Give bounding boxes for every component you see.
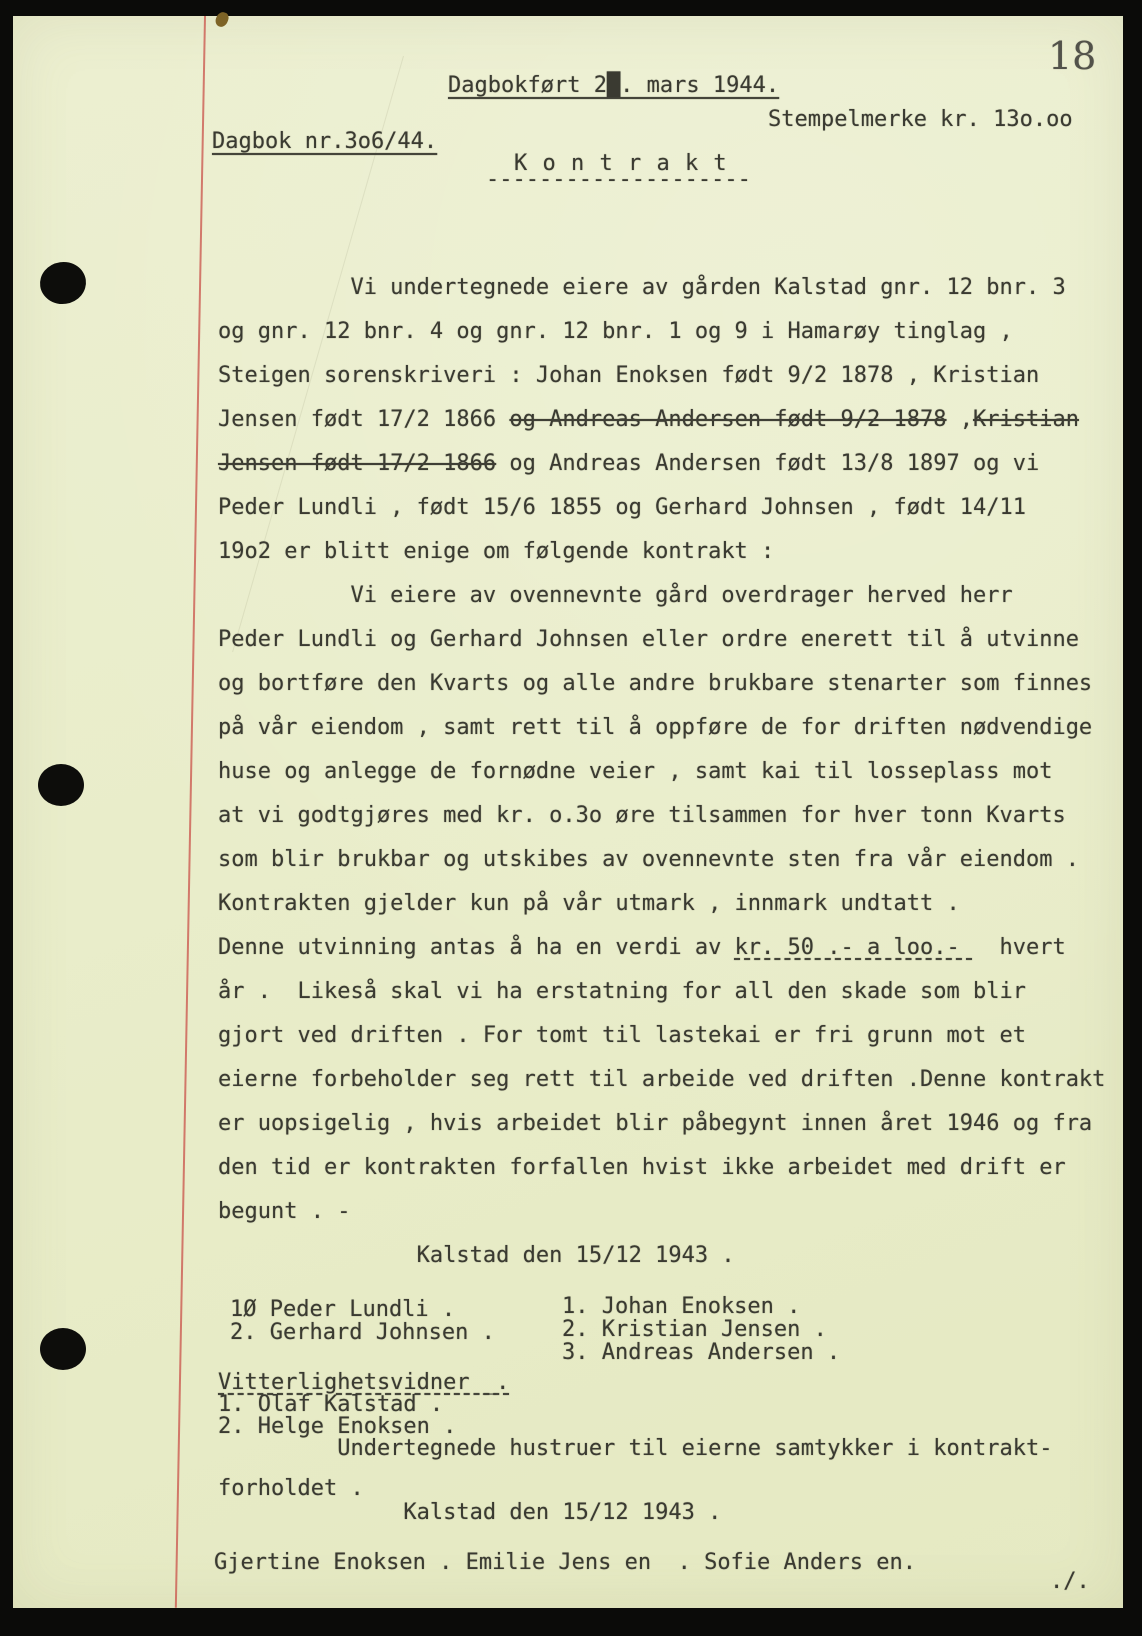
punch-hole <box>40 1328 86 1370</box>
text-segment: Peder Lundli og Gerhard Johnsen eller or… <box>218 627 1079 652</box>
text-segment: 1. Johan Enoksen . <box>562 1294 800 1319</box>
daybook-entry-date-line: Dagbokført 2█. mars 1944. <box>448 64 779 108</box>
punch-hole <box>38 764 84 806</box>
wives-signatures-line: Gjertine Enoksen . Emilie Jens en . Sofi… <box>214 1541 916 1585</box>
text-segment: Vi eiere av ovennevnte gård overdrager h… <box>218 583 1013 608</box>
text-segment: , <box>947 407 974 432</box>
signatures-column-left: 1Ø Peder Lundli .2. Gerhard Johnsen . <box>230 1298 495 1344</box>
text-segment-strike: Jensen født 17/2 1866 <box>218 451 496 476</box>
text-line: 1. Johan Enoksen . <box>562 1295 840 1318</box>
text-line: Steigen sorenskriveri : Johan Enoksen fø… <box>218 354 1105 398</box>
text-line: den tid er kontrakten forfallen hvist ik… <box>218 1146 1105 1190</box>
text-line: år . Likeså skal vi ha erstatning for al… <box>218 970 1105 1014</box>
text-line: Vitterlighetsvidner _. <box>218 1372 1052 1394</box>
text-line: Kalstad den 15/12 1943 . <box>218 1501 721 1525</box>
text-segment: hvert <box>973 935 1066 960</box>
text-line: Peder Lundli og Gerhard Johnsen eller or… <box>218 618 1105 662</box>
text-segment: Peder Lundli , født 15/6 1855 og Gerhard… <box>218 495 1026 520</box>
text-segment: Denne utvinning antas å ha en verdi av <box>218 935 735 960</box>
text-line: er uopsigelig , hvis arbeidet blir påbeg… <box>218 1102 1105 1146</box>
text-line: som blir brukbar og utskibes av ovennevn… <box>218 838 1105 882</box>
text-segment: huse og anlegge de fornødne veier , samt… <box>218 759 1052 784</box>
text-line: at vi godtgjøres med kr. o.3o øre tilsam… <box>218 794 1105 838</box>
text-segment: Kalstad den 15/12 1943 . <box>218 1243 735 1268</box>
text-segment: at vi godtgjøres med kr. o.3o øre tilsam… <box>218 803 1066 828</box>
text-segment: som blir brukbar og utskibes av ovennevn… <box>218 847 1079 872</box>
text-segment: og Andreas Andersen født 13/8 1897 og vi <box>496 451 1039 476</box>
text-segment: 1Ø Peder Lundli . <box>230 1297 455 1322</box>
text-line: og gnr. 12 bnr. 4 og gnr. 12 bnr. 1 og 9… <box>218 310 1105 354</box>
closing-section: forholdet . Kalstad den 15/12 1943 . <box>218 1477 721 1525</box>
text-segment-strike: og Andreas Andersen født 9/2 1878 <box>509 407 946 432</box>
end-of-entry-mark: ./. <box>1050 1560 1090 1604</box>
text-segment: på vår eiendom , samt rett til å oppføre… <box>218 715 1092 740</box>
witness-section: Vitterlighetsvidner _.1. Olaf Kalstad .2… <box>218 1372 1052 1460</box>
text-segment: begunt . - <box>218 1199 350 1224</box>
text-segment: Vi undertegnede eiere av gården Kalstad … <box>218 275 1066 300</box>
text-segment: år . Likeså skal vi ha erstatning for al… <box>218 979 1026 1004</box>
text-line: huse og anlegge de fornødne veier , samt… <box>218 750 1105 794</box>
text-line: Jensen født 17/2 1866 og Andreas Anderse… <box>218 442 1105 486</box>
text-line: Denne utvinning antas å ha en verdi av k… <box>218 926 1105 970</box>
text-segment: Steigen sorenskriveri : Johan Enoksen fø… <box>218 363 1039 388</box>
text-line: Peder Lundli , født 15/6 1855 og Gerhard… <box>218 486 1105 530</box>
text-line: på vår eiendom , samt rett til å oppføre… <box>218 706 1105 750</box>
text-line: 19o2 er blitt enige om følgende kontrakt… <box>218 530 1105 574</box>
text-segment: 19o2 er blitt enige om følgende kontrakt… <box>218 539 774 564</box>
text-segment: Undertegnede hustruer til eierne samtykk… <box>218 1436 1052 1461</box>
text-segment: Jensen født 17/2 1866 <box>218 407 509 432</box>
contract-body: Vi undertegnede eiere av gården Kalstad … <box>218 266 1105 1278</box>
text-line: 1. Olaf Kalstad . <box>218 1394 1052 1416</box>
text-line: 2. Helge Enoksen . <box>218 1416 1052 1438</box>
daybook-number: Dagbok nr.3o6/44. <box>212 120 437 164</box>
text-segment: 2. Gerhard Johnsen . <box>230 1320 495 1345</box>
text-line: eierne forbeholder seg rett til arbeide … <box>218 1058 1105 1102</box>
signatures-column-right: 1. Johan Enoksen .2. Kristian Jensen .3.… <box>562 1295 840 1364</box>
text-line: forholdet . <box>218 1477 721 1501</box>
text-segment: gjort ved driften . For tomt til lasteka… <box>218 1023 1026 1048</box>
text-line: 2. Gerhard Johnsen . <box>230 1321 495 1344</box>
stamp-duty-line: Stempelmerke kr. 13o.oo <box>768 98 1073 142</box>
text-segment: forholdet . <box>218 1476 364 1501</box>
text-line: Kontrakten gjelder kun på vår utmark , i… <box>218 882 1105 926</box>
text-segment: Kontrakten gjelder kun på vår utmark , i… <box>218 891 960 916</box>
text-segment: Kalstad den 15/12 1943 . <box>218 1500 721 1525</box>
text-segment: 3. Andreas Andersen . <box>562 1340 840 1365</box>
title-underline-rule: -------------------- <box>486 158 751 202</box>
text-line: Vi undertegnede eiere av gården Kalstad … <box>218 266 1105 310</box>
text-segment: er uopsigelig , hvis arbeidet blir påbeg… <box>218 1111 1092 1136</box>
text-line: og bortføre den Kvarts og alle andre bru… <box>218 662 1105 706</box>
text-line: Jensen født 17/2 1866 og Andreas Anderse… <box>218 398 1105 442</box>
scanned-daybook-page: 18 Dagbokført 2█. mars 1944. Stempelmerk… <box>0 0 1142 1636</box>
text-segment-uline-dashed: kr. 50 .- a loo.- <box>735 935 973 960</box>
text-line: begunt . - <box>218 1190 1105 1234</box>
text-line: Vi eiere av ovennevnte gård overdrager h… <box>218 574 1105 618</box>
text-segment: 2. Kristian Jensen . <box>562 1317 827 1342</box>
page-number: 18 <box>1048 34 1096 78</box>
text-segment: eierne forbeholder seg rett til arbeide … <box>218 1067 1105 1092</box>
text-segment: og gnr. 12 bnr. 4 og gnr. 12 bnr. 1 og 9… <box>218 319 1013 344</box>
text-line: 2. Kristian Jensen . <box>562 1318 840 1341</box>
text-line: Kalstad den 15/12 1943 . <box>218 1234 1105 1278</box>
text-line: Undertegnede hustruer til eierne samtykk… <box>218 1438 1052 1460</box>
text-segment: den tid er kontrakten forfallen hvist ik… <box>218 1155 1066 1180</box>
text-segment: og bortføre den Kvarts og alle andre bru… <box>218 671 1092 696</box>
text-line: 3. Andreas Andersen . <box>562 1341 840 1364</box>
text-line: 1Ø Peder Lundli . <box>230 1298 495 1321</box>
text-line: gjort ved driften . For tomt til lasteka… <box>218 1014 1105 1058</box>
text-segment-strike: Kristian <box>973 407 1079 432</box>
